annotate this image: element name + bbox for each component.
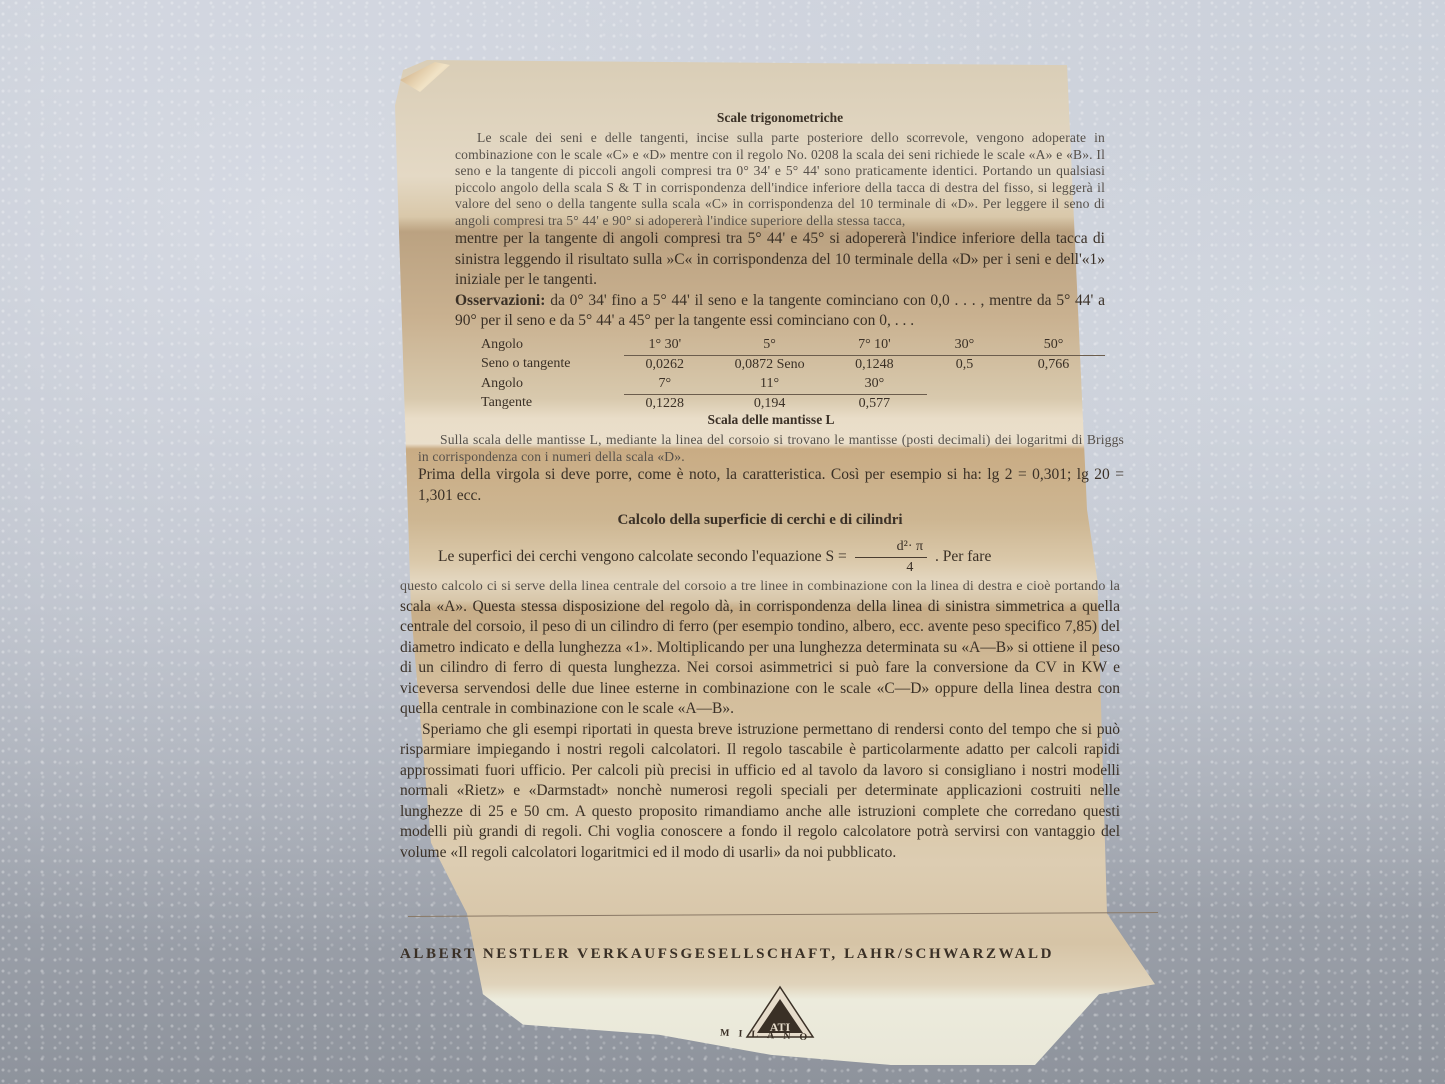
publisher-imprint: ALBERT NESTLER VERKAUFSGESELLSCHAFT, LAH…	[400, 946, 1160, 963]
table-row: Tangente0,12280,1940,577	[481, 394, 1105, 414]
table-cell: 0,0262	[624, 355, 717, 375]
formula-line: Le superfici dei cerchi vengono calcolat…	[400, 539, 1120, 576]
table-cell: 7°	[624, 375, 717, 395]
paragraph-continued: Prima della virgola si deve porre, come …	[418, 465, 1124, 506]
paragraph-continued: mentre per la tangente di angoli compres…	[455, 229, 1105, 291]
table-cell	[927, 375, 1014, 395]
table-cell: 0,766	[1014, 355, 1105, 375]
table-cell: 0,5	[927, 355, 1014, 375]
table-cell: 1° 30'	[624, 336, 717, 356]
formula-after: . Per fare	[935, 548, 991, 565]
sine-tangent-table: Angolo1° 30'5°7° 10'30°50°Seno o tangent…	[481, 336, 1105, 414]
table-cell: 0,1248	[834, 355, 927, 375]
table-row: Seno o tangente0,02620,0872 Seno0,12480,…	[481, 355, 1105, 375]
paragraph-faint-line: questo calcolo ci si serve della linea c…	[400, 580, 1120, 593]
table-cell: 50°	[1014, 336, 1105, 356]
section-mantissa-scale: Scala delle mantisse L Sulla scala delle…	[418, 412, 1124, 506]
paragraph-main: scala «A». Questa stessa disposizione de…	[400, 597, 1120, 720]
table-cell: 30°	[834, 375, 927, 395]
section-heading: Calcolo della superficie di cerchi e di …	[400, 510, 1120, 531]
table-cell: 0,194	[717, 394, 834, 414]
observations: Osservazioni: da 0° 34' fino a 5° 44' il…	[455, 291, 1105, 332]
section-circle-cylinder-area: Calcolo della superficie di cerchi e di …	[400, 510, 1120, 863]
row-label: Angolo	[481, 375, 624, 395]
table-cell: 11°	[717, 375, 834, 395]
paragraph-closing: Speriamo che gli esempi riportati in que…	[400, 720, 1120, 864]
formula-denominator: 4	[868, 558, 913, 576]
table-row: Angolo1° 30'5°7° 10'30°50°	[481, 336, 1105, 356]
section-trigonometric-scales: Scale trigonometriche Le scale dei seni …	[455, 110, 1105, 414]
row-label: Angolo	[481, 336, 624, 356]
table-cell: 0,577	[834, 394, 927, 414]
row-label: Tangente	[481, 394, 624, 414]
paragraph: Sulla scala delle mantisse L, mediante l…	[418, 432, 1124, 465]
paragraph: Le scale dei seni e delle tangenti, inci…	[455, 130, 1105, 229]
section-heading: Scale trigonometriche	[455, 110, 1105, 126]
formula-numerator: d²· π	[855, 539, 927, 558]
table-cell: 0,0872 Seno	[717, 355, 834, 375]
section-heading: Scala delle mantisse L	[418, 412, 1124, 428]
row-label: Seno o tangente	[481, 355, 624, 375]
table-cell	[927, 394, 1014, 414]
formula-intro: Le superfici dei cerchi vengono calcolat…	[438, 548, 847, 565]
observations-text: da 0° 34' fino a 5° 44' il seno e la tan…	[455, 292, 1105, 330]
table-cell	[1014, 394, 1105, 414]
area-formula: d²· π 4	[855, 539, 927, 576]
table-cell: 30°	[927, 336, 1014, 356]
table-cell: 7° 10'	[834, 336, 927, 356]
table-cell: 0,1228	[624, 394, 717, 414]
table-cell: 5°	[717, 336, 834, 356]
table-cell	[1014, 375, 1105, 395]
observations-label: Osservazioni:	[455, 292, 545, 309]
table-row: Angolo7°11°30°	[481, 375, 1105, 395]
